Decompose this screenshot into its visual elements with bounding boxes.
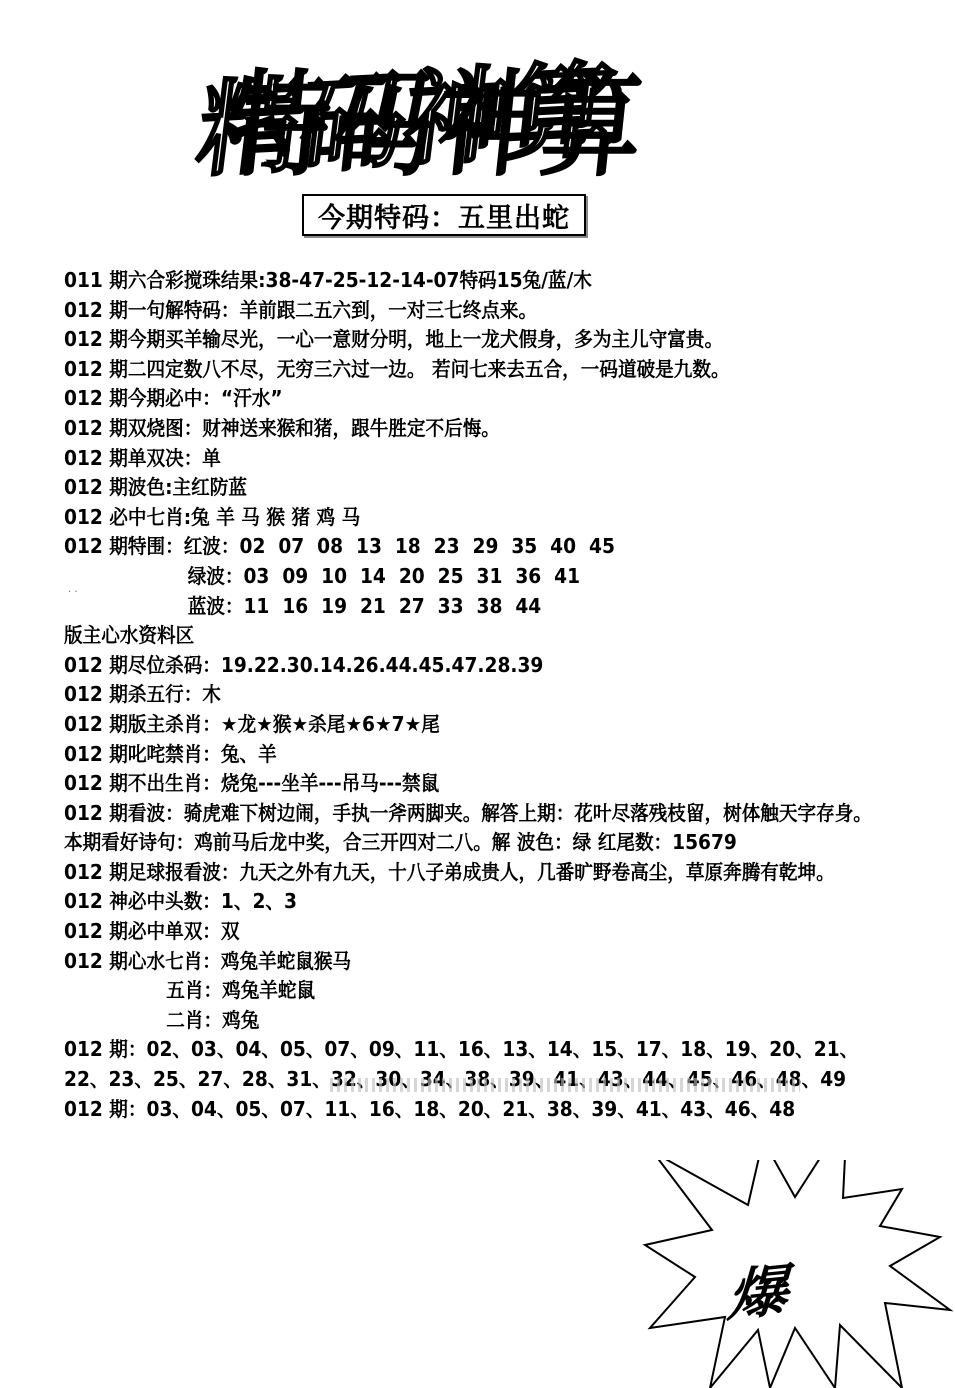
seven-zodiac-line: 012 必中七肖:兔 羊 马 猴 猪 鸡 马	[64, 503, 836, 533]
kill-numbers-line: 012 期尽位杀码：19.22.30.14.26.44.45.47.28.39	[64, 651, 836, 681]
page-title: 精码神算 特码神算	[200, 60, 670, 195]
special-code-box: 今期特码：五里出蛇	[302, 194, 586, 236]
blue-wave-label: 蓝波：	[188, 594, 244, 618]
no-show-zodiac-line: 012 期不出生肖：烧兔---坐羊---吊马---禁鼠	[64, 769, 836, 799]
poem-line-2: 012 期二四定数八不尽，无穷三六过一边。 若问七来去五合，一码道破是九数。	[64, 355, 836, 385]
kill-element-line: 012 期杀五行：木	[64, 680, 836, 710]
odd-even-line: 012 期单双决：单	[64, 444, 836, 474]
faint-dotted-strip	[330, 1078, 800, 1092]
two-pick-line: 二肖：鸡兔	[64, 1006, 836, 1036]
content-area: 011 期六合彩搅珠结果:38-47-25-12-14-07特码15兔/蓝/木 …	[64, 266, 836, 1124]
green-wave-label: 绿波：	[188, 564, 244, 588]
green-wave-numbers: 03 09 10 14 20 25 31 36 41	[243, 564, 580, 588]
red-wave-numbers: 02 07 08 13 18 23 29 35 40 45	[240, 534, 615, 558]
football-wave-line: 012 期足球报看波：九天之外有九天，十八子弟成贵人，几番旷野卷高尘，草原奔腾有…	[64, 858, 892, 888]
title-text: 特码神算	[224, 69, 652, 184]
double-burn-line: 012 期双烧图：财神送来猴和猪，跟牛胜定不后悔。	[64, 414, 836, 444]
must-hit-line: 012 期今期必中：“汗水”	[64, 384, 836, 414]
seven-pick-line: 012 期心水七肖：鸡兔羊蛇鼠猴马	[64, 947, 836, 977]
head-number-line: 012 神必中头数：1、2、3	[64, 887, 836, 917]
blue-wave-numbers: 11 16 19 21 27 33 38 44	[243, 594, 541, 618]
special-range-green: 绿波：03 09 10 14 20 25 31 36 41	[64, 562, 836, 592]
wave-color-line: 012 期波色:主红防蓝	[64, 473, 836, 503]
section-title: 版主心水资料区	[64, 621, 836, 651]
special-range-prefix: 012 期特围：	[64, 534, 184, 558]
banned-zodiac-line: 012 期叱咤禁肖：兔、羊	[64, 740, 836, 770]
decor-dots: . .	[68, 584, 78, 595]
explosion-burst-icon	[640, 1160, 955, 1388]
draw-result-line: 011 期六合彩搅珠结果:38-47-25-12-14-07特码15兔/蓝/木	[64, 266, 836, 296]
number-list-2: 012 期：03、04、05、07、11、16、18、20、21、38、39、4…	[64, 1095, 836, 1125]
five-pick-line: 五肖：鸡兔羊蛇鼠	[64, 976, 836, 1006]
poem-pick-line: 本期看好诗句：鸡前马后龙中奖，合三开四对二八。解 波色：绿 红尾数：15679	[64, 828, 836, 858]
kill-zodiac-line: 012 期版主杀肖：★龙★猴★杀尾★6★7★尾	[64, 710, 836, 740]
must-odd-even-line: 012 期必中单双：双	[64, 917, 836, 947]
watch-wave-line: 012 期看波：骑虎难下树边闹，手执一斧两脚夹。解答上期：花叶尽落残枝留，树体触…	[64, 799, 892, 829]
poem-line-1: 012 期今期买羊输尽光，一心一意财分明，地上一龙犬假身，多为主儿守富贵。	[64, 325, 836, 355]
special-range-blue: 蓝波：11 16 19 21 27 33 38 44	[64, 592, 836, 622]
red-wave-label: 红波：	[184, 534, 240, 558]
special-range-red: 012 期特围：红波：02 07 08 13 18 23 29 35 40 45	[64, 532, 836, 562]
one-sentence-line: 012 期一句解特码：羊前跟二五六到，一对三七终点来。	[64, 296, 836, 326]
